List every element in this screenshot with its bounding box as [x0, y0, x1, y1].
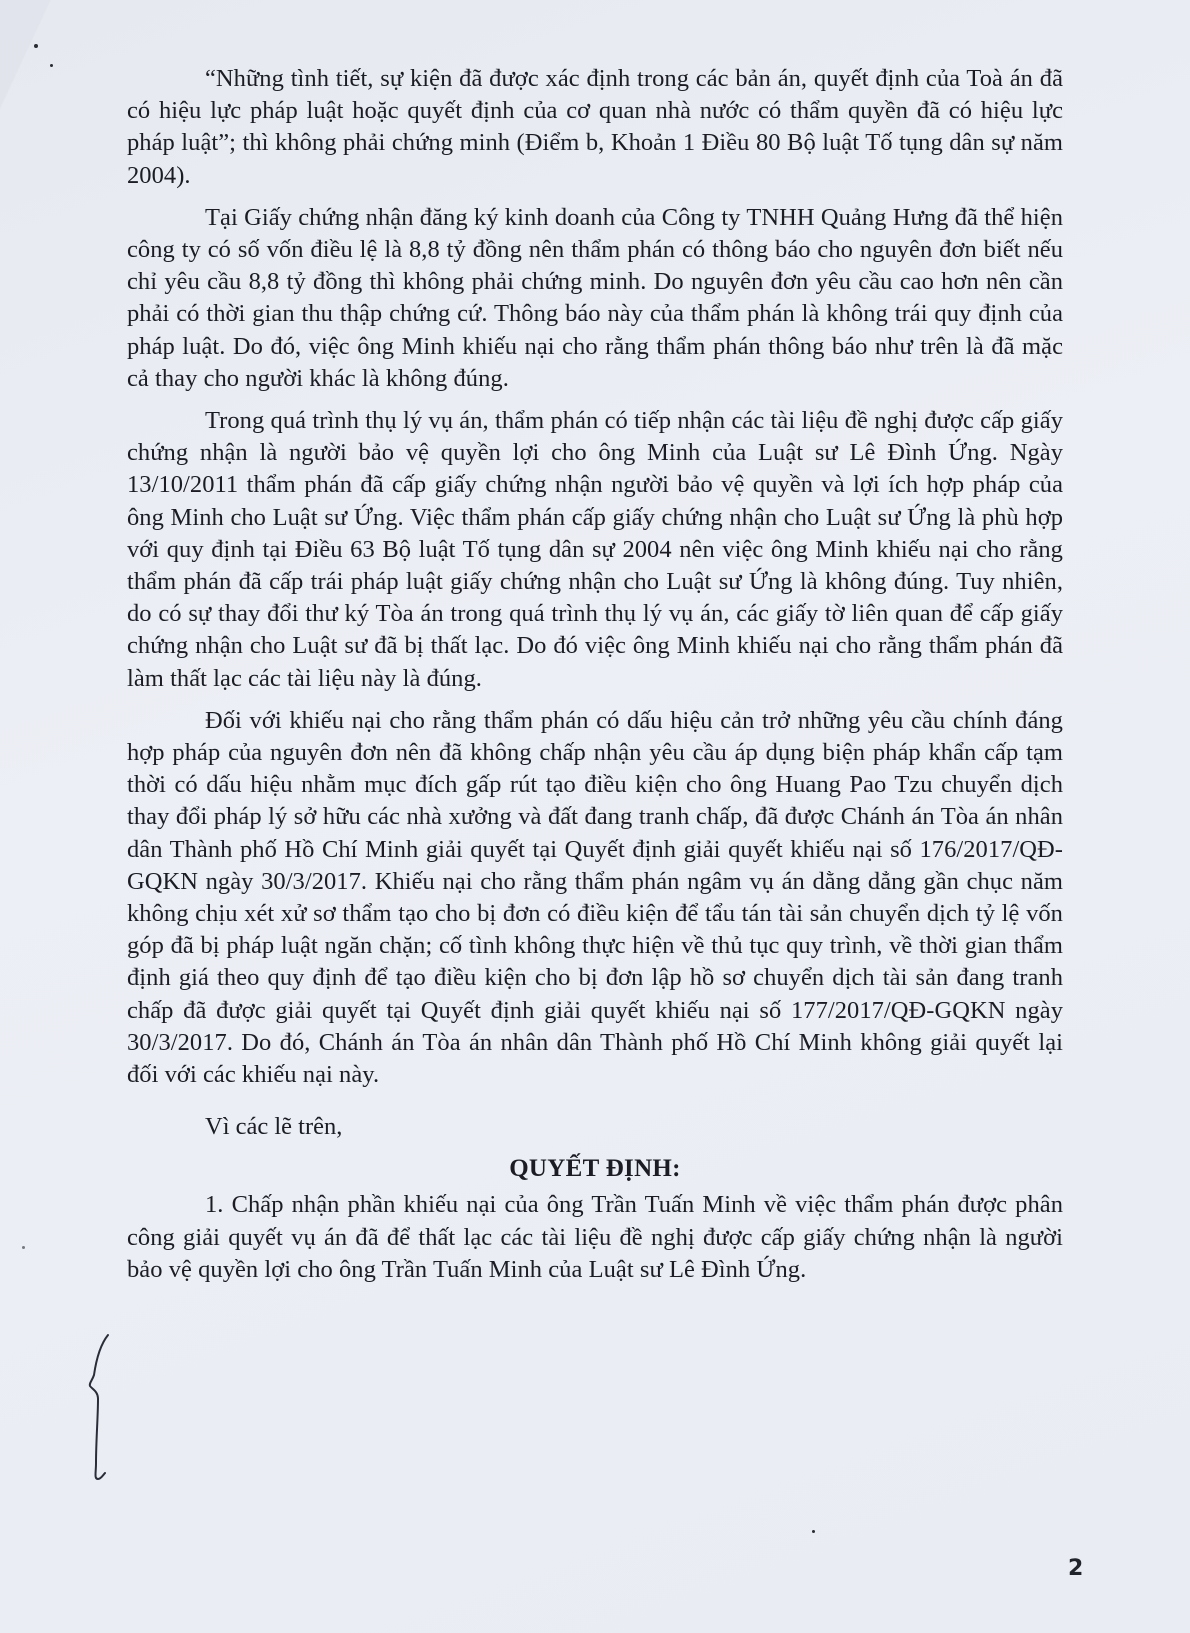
page-number: 2 — [1068, 1556, 1083, 1581]
ink-speck — [34, 44, 38, 48]
paragraph-legal-citation: “Những tình tiết, sự kiện đã được xác đị… — [127, 63, 1063, 192]
page-fold-edge — [0, 0, 60, 140]
paragraph-complaints-resolved: Đối với khiếu nại cho rằng thẩm phán có … — [127, 705, 1063, 1091]
decision-heading: QUYẾT ĐỊNH: — [127, 1155, 1063, 1183]
paragraph-business-registration: Tại Giấy chứng nhận đăng ký kinh doanh c… — [127, 202, 1063, 395]
ink-speck — [50, 64, 53, 67]
scanned-document-page: “Những tình tiết, sự kiện đã được xác đị… — [0, 0, 1190, 1633]
document-body: “Những tình tiết, sự kiện đã được xác đị… — [127, 63, 1063, 1296]
paragraph-lawyer-certificate: Trong quá trình thụ lý vụ án, thẩm phán … — [127, 405, 1063, 695]
lead-in-text: Vì các lẽ trên, — [127, 1111, 1063, 1143]
ink-speck — [812, 1530, 815, 1533]
ink-speck — [22, 1246, 25, 1249]
decision-item-1: 1. Chấp nhận phần khiếu nại của ông Trần… — [127, 1189, 1063, 1286]
handwritten-brace-mark — [86, 1333, 116, 1483]
